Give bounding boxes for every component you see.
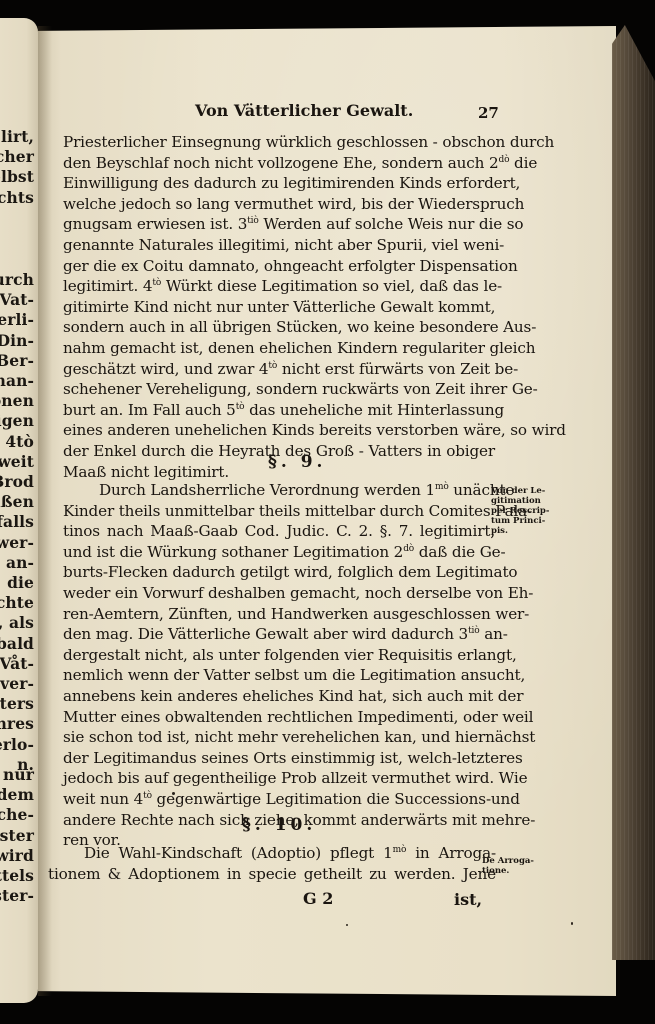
text-line: Die Wahl-Kindschaft (Adoptio) pflegt 1mò…	[48, 843, 496, 864]
text-line: ger die ex Coitu damnato, ohngeacht erfo…	[63, 256, 495, 277]
section-heading-9: §. 9.	[268, 452, 326, 472]
text-line: gitimirte Kind nicht nur unter Vätterlic…	[63, 297, 495, 318]
text-line: welche jedoch so lang vermuthet wird, bi…	[63, 194, 495, 215]
previous-page-fragment: wird	[0, 846, 34, 865]
previous-page-fragment: ester-	[0, 886, 34, 905]
text-line: Kinder theils unmittelbar theils mittelb…	[63, 501, 495, 522]
book-scan: lirt,cherelbstchtsurchVat-erli-Din-Ber-n…	[0, 0, 655, 1024]
previous-page-fragment: ver-	[0, 674, 34, 693]
previous-page-edge: lirt,cherelbstchtsurchVat-erli-Din-Ber-n…	[0, 18, 38, 1003]
text-line: gnugsam erwiesen ist. 3tiò Werden auf so…	[63, 214, 495, 235]
previous-page-fragment: Din-	[0, 331, 34, 350]
text-line: Durch Landsherrliche Verordnung werden 1…	[63, 480, 495, 501]
margin-note-line: De Arroga-	[482, 856, 534, 866]
previous-page-fragment: 4tò	[5, 432, 34, 451]
margin-note-line: pis.	[491, 526, 549, 536]
previous-page-fragment: lirt,	[1, 127, 34, 146]
margin-note-line: per Rescrip-	[491, 506, 549, 516]
previous-page-fragment: Brod	[0, 472, 34, 491]
text-line: sie schon tod ist, nicht mehr verehelich…	[63, 727, 495, 748]
section-10-text: Die Wahl-Kindschaft (Adoptio) pflegt 1mò…	[48, 843, 496, 884]
previous-page-fragment: an-	[6, 553, 34, 572]
ink-speck	[571, 922, 573, 925]
text-line: ren-Aemtern, Zünften, und Handwerken aus…	[63, 604, 495, 625]
previous-page-fragment: wer-	[0, 533, 34, 552]
previous-page-fragment: Vat-	[0, 290, 34, 309]
text-line: burts-Flecken dadurch getilgt wird, folg…	[63, 562, 495, 583]
catchword: ist,	[454, 890, 482, 909]
previous-page-fragment: ttels	[0, 866, 34, 885]
previous-page-fragment: rster	[0, 826, 34, 845]
previous-page-fragment: cher	[0, 147, 34, 166]
previous-page-fragment: urch	[0, 270, 34, 289]
previous-page-fragment: hres	[0, 714, 34, 733]
book-fore-edge	[612, 25, 655, 960]
previous-page-fragment: dem	[0, 785, 34, 804]
section-9-text: Durch Landsherrliche Verordnung werden 1…	[63, 480, 495, 851]
previous-page-fragment: igen	[0, 411, 34, 430]
text-line: dergestalt nicht, als unter folgenden vi…	[63, 645, 495, 666]
text-line: sondern auch in all übrigen Stücken, wo …	[63, 317, 495, 338]
ink-speck	[346, 924, 348, 926]
text-line: Mutter eines obwaltenden rechtlichen Imp…	[63, 707, 495, 728]
previous-page-fragment: nan-	[0, 371, 34, 390]
previous-page-fragment: , als	[0, 613, 34, 632]
margin-note-line: tum Princi-	[491, 516, 549, 526]
previous-page-fragment: erlo-	[0, 735, 34, 754]
previous-page-fragment: weit	[0, 452, 34, 471]
paragraph-continuation: Priesterlicher Einsegnung würklich gesch…	[63, 132, 495, 482]
previous-page-fragment: esche-	[0, 805, 34, 824]
text-line: und ist die Würkung sothaner Legitimatio…	[63, 542, 495, 563]
text-line: Priesterlicher Einsegnung würklich gesch…	[63, 132, 495, 153]
previous-page-fragment: onen	[0, 391, 34, 410]
text-line: den mag. Die Vätterliche Gewalt aber wir…	[63, 624, 495, 645]
margin-note-line: tione.	[482, 866, 534, 876]
margin-note-section-10: De Arroga-tione.	[482, 856, 534, 876]
running-head: Von Vätterlicher Gewalt.	[195, 101, 413, 120]
text-line: schehener Vereheligung, sondern ruckwärt…	[63, 379, 495, 400]
text-line: legitimirt. 4tò Würkt diese Legitimation…	[63, 276, 495, 297]
previous-page-fragment: tters	[0, 694, 34, 713]
margin-note-line: Von der Le-	[491, 486, 549, 496]
previous-page-fragment: elbst	[0, 167, 34, 186]
text-line: jedoch bis auf gegentheilige Prob allzei…	[63, 768, 495, 789]
previous-page-fragment: 5ißen	[0, 492, 34, 511]
previous-page-fragment: chts	[0, 188, 34, 207]
page-number: 27	[478, 104, 499, 122]
text-line: annebens kein anderes eheliches Kind hat…	[63, 686, 495, 707]
text-line: der Legitimandus seines Orts einstimmig …	[63, 748, 495, 769]
previous-page-fragment: falls	[0, 512, 34, 531]
previous-page-fragment: achte	[0, 593, 34, 612]
text-line: weit nun 4tò gegenwärtige Legitimation d…	[63, 789, 495, 810]
signature-mark: G 2	[303, 889, 333, 908]
text-line: nahm gemacht ist, denen ehelichen Kinder…	[63, 338, 495, 359]
text-line: tionem & Adoptionem in specie getheilt z…	[48, 864, 496, 885]
text-line: eines anderen unehelichen Kinds bereits …	[63, 420, 495, 441]
text-line: weder ein Vorwurf deshalben gemacht, noc…	[63, 583, 495, 604]
text-line: geschätzt wird, und zwar 4tò nicht erst …	[63, 359, 495, 380]
text-line: nemlich wenn der Vatter selbst um die Le…	[63, 665, 495, 686]
previous-page-fragment: die	[7, 573, 34, 592]
text-line: genannte Naturales illegitimi, nicht abe…	[63, 235, 495, 256]
previous-page-fragment: erli-	[0, 310, 34, 329]
text-line: burt an. Im Fall auch 5tò das uneheliche…	[63, 400, 495, 421]
previous-page-fragment: Ber-	[0, 351, 34, 370]
previous-page-fragment: Våt-	[0, 654, 34, 673]
margin-note-section-9: Von der Le-gitimationper Rescrip-tum Pri…	[491, 486, 549, 536]
previous-page-fragment: bald	[0, 634, 34, 653]
ink-speck	[172, 792, 175, 795]
section-heading-10: §. 10.	[242, 815, 316, 835]
text-line: tinos nach Maaß-Gaab Cod. Judic. C. 2. §…	[63, 521, 495, 542]
previous-page-fragment: nur	[3, 765, 34, 784]
text-line: den Beyschlaf noch nicht vollzogene Ehe,…	[63, 153, 495, 174]
margin-note-line: gitimation	[491, 496, 549, 506]
text-line: Einwilligung des dadurch zu legitimirend…	[63, 173, 495, 194]
